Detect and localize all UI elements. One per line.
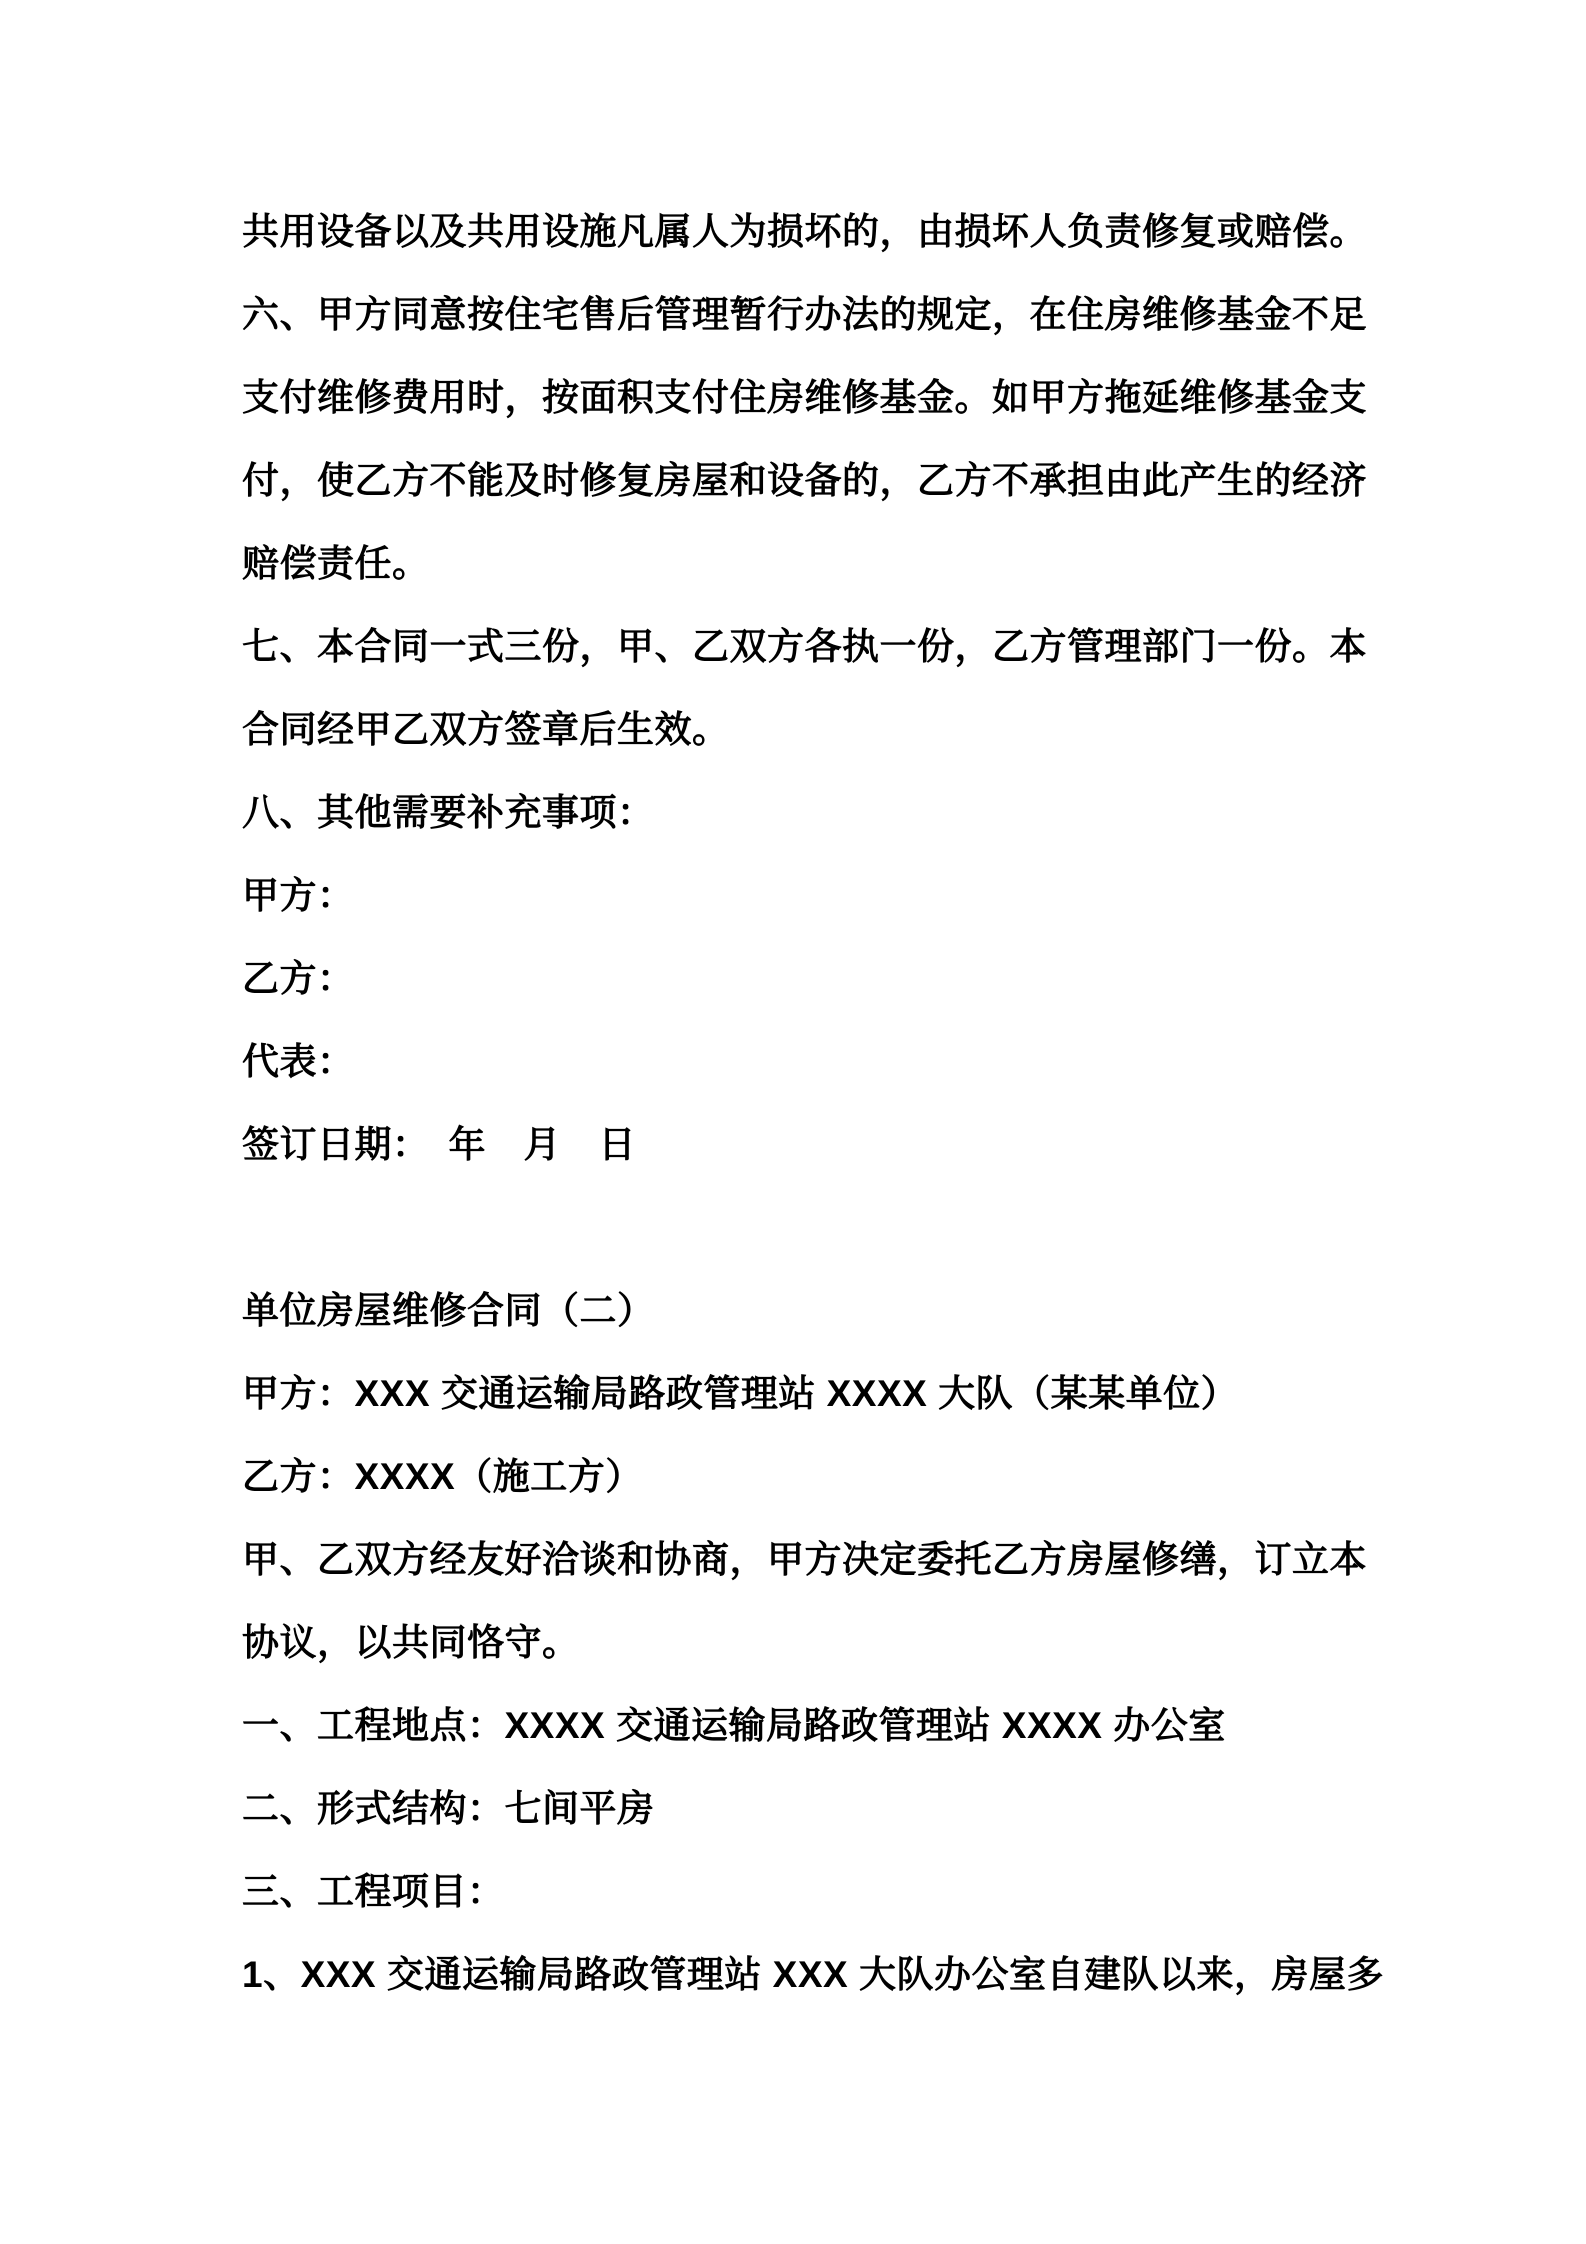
doc-line: 1、XXX 交通运输局路政管理站 XXX 大队办公室自建队以来，房屋多 xyxy=(242,1933,1360,2016)
doc-line: 合同经甲乙双方签章后生效。 xyxy=(242,688,1360,771)
party-b-line: 乙方：XXXX（施工方） xyxy=(242,1435,1360,1518)
doc-line: 共用设备以及共用设施凡属人为损坏的，由损坏人负责修复或赔偿。 xyxy=(242,190,1360,273)
doc-line: 协议，以共同恪守。 xyxy=(242,1601,1360,1684)
doc-line: 八、其他需要补充事项： xyxy=(242,771,1360,854)
party-b-blank-line: 乙方： xyxy=(242,937,1360,1020)
party-a-blank-line: 甲方： xyxy=(242,854,1360,937)
doc-line: 六、甲方同意按住宅售后管理暂行办法的规定，在住房维修基金不足 xyxy=(242,273,1360,356)
document-page: 共用设备以及共用设施凡属人为损坏的，由损坏人负责修复或赔偿。 六、甲方同意按住宅… xyxy=(0,0,1586,2244)
doc-line: 二、形式结构：七间平房 xyxy=(242,1767,1360,1850)
doc-line: 七、本合同一式三份，甲、乙双方各执一份，乙方管理部门一份。本 xyxy=(242,605,1360,688)
doc-line: 支付维修费用时，按面积支付住房维修基金。如甲方拖延维修基金支 xyxy=(242,356,1360,439)
doc-line: 赔偿责任。 xyxy=(242,522,1360,605)
representative-blank-line: 代表： xyxy=(242,1020,1360,1103)
doc-line: 一、工程地点：XXXX 交通运输局路政管理站 XXXX 办公室 xyxy=(242,1684,1360,1767)
doc-line: 三、工程项目： xyxy=(242,1850,1360,1933)
doc-line: 付，使乙方不能及时修复房屋和设备的，乙方不承担由此产生的经济 xyxy=(242,439,1360,522)
signing-date-line: 签订日期： 年 月 日 xyxy=(242,1103,1360,1186)
blank-line xyxy=(242,1186,1360,1269)
doc-line: 甲、乙双方经友好洽谈和协商，甲方决定委托乙方房屋修缮，订立本 xyxy=(242,1518,1360,1601)
section-title: 单位房屋维修合同（二） xyxy=(242,1269,1360,1352)
party-a-line: 甲方：XXX 交通运输局路政管理站 XXXX 大队（某某单位） xyxy=(242,1352,1360,1435)
